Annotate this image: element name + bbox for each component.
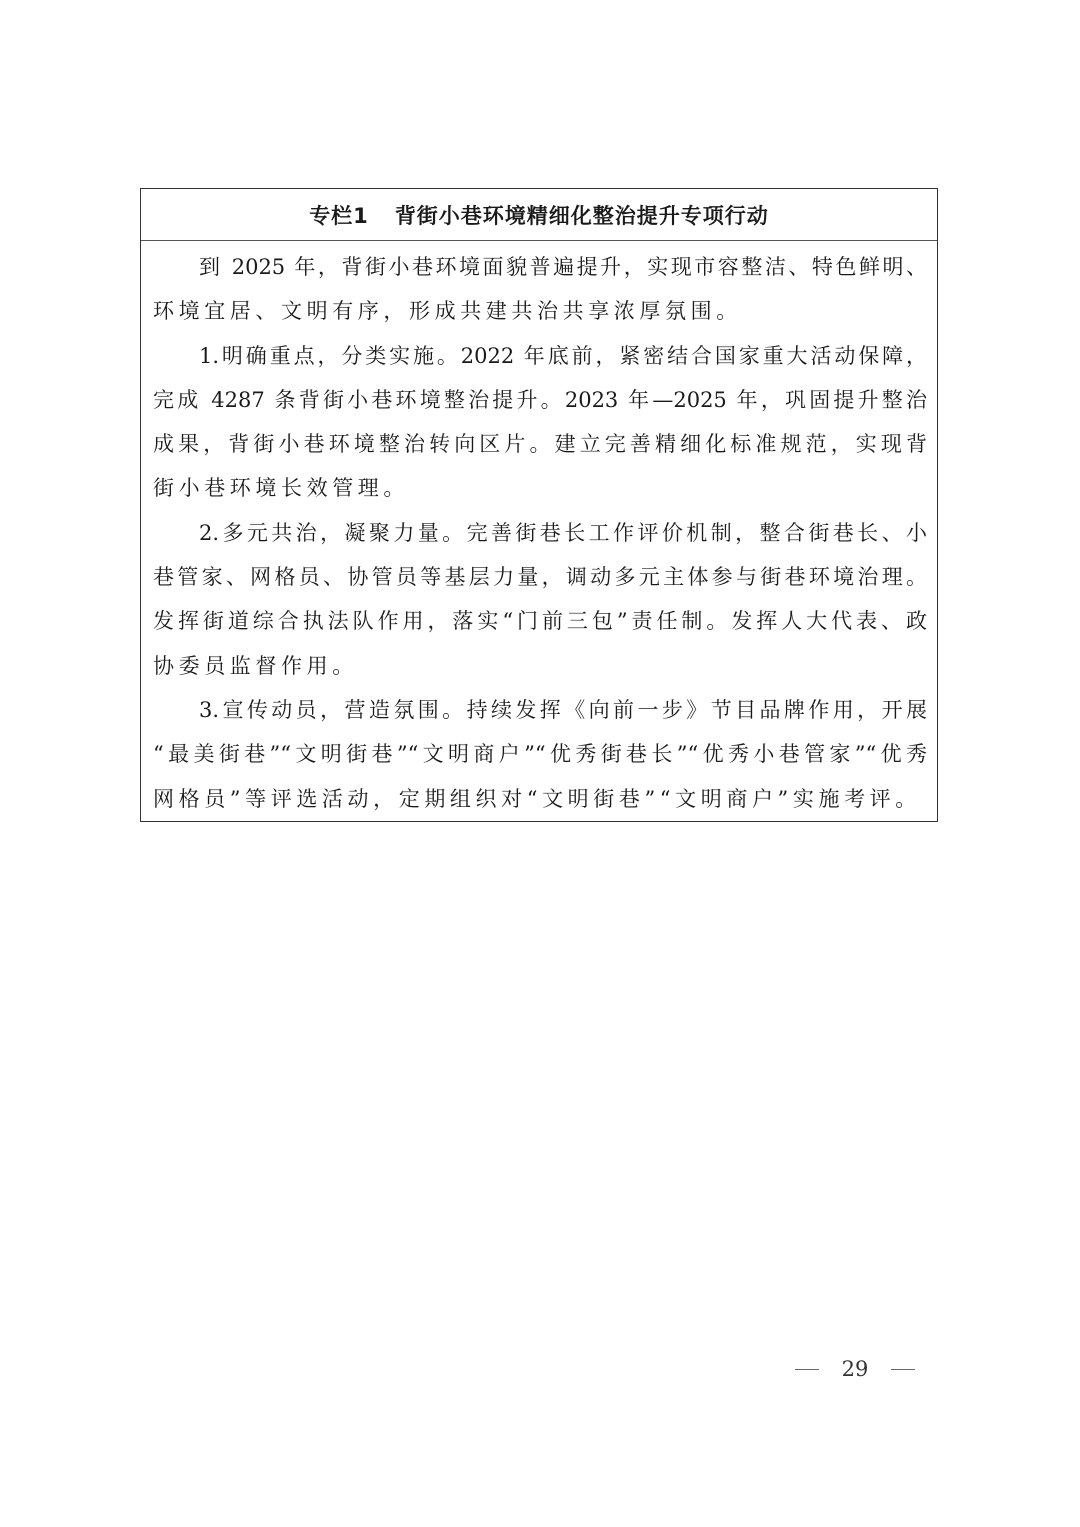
paragraph-item-2: 2.多元共治，凝聚力量。完善街巷长工作评价机制，整合街巷长、小 巷管家、网格员、…: [153, 511, 927, 688]
column-label: 专栏1: [309, 200, 369, 230]
text-line: 街小巷环境长效管理。: [153, 466, 927, 510]
text-line: 完成 4287 条背街小巷环境整治提升。2023 年—2025 年，巩固提升整治: [153, 378, 927, 422]
text-line: “最美街巷”“文明街巷”“文明商户”“优秀街巷长”“优秀小巷管家”“优秀: [153, 732, 927, 776]
text-line: 2.多元共治，凝聚力量。完善街巷长工作评价机制，整合街巷长、小: [153, 511, 927, 555]
text-line: 环境宜居、文明有序，形成共建共治共享浓厚氛围。: [153, 289, 927, 333]
paragraph-item-3: 3.宣传动员，营造氛围。持续发挥《向前一步》节目品牌作用，开展 “最美街巷”“文…: [153, 688, 927, 821]
text-line: 1.明确重点，分类实施。2022 年底前，紧密结合国家重大活动保障，: [153, 334, 927, 378]
column-title: 背街小巷环境精细化整治提升专项行动: [395, 200, 769, 230]
dash-left: [795, 1369, 819, 1370]
text-line: 成果，背街小巷环境整治转向区片。建立完善精细化标准规范，实现背: [153, 422, 927, 466]
text-line: 协委员监督作用。: [153, 644, 927, 688]
column-body: 到 2025 年，背街小巷环境面貌普遍提升，实现市容整洁、特色鲜明、 环境宜居、…: [141, 241, 937, 821]
page-footer: 29: [795, 1357, 915, 1381]
column-header: 专栏1 背街小巷环境精细化整治提升专项行动: [141, 189, 937, 241]
text-line: 巷管家、网格员、协管员等基层力量，调动多元主体参与街巷环境治理。: [153, 555, 927, 599]
text-line: 3.宣传动员，营造氛围。持续发挥《向前一步》节目品牌作用，开展: [153, 688, 927, 732]
dash-right: [891, 1369, 915, 1370]
text-line: 发挥街道综合执法队作用，落实“门前三包”责任制。发挥人大代表、政: [153, 599, 927, 643]
page-number: 29: [842, 1357, 869, 1381]
column-box: 专栏1 背街小巷环境精细化整治提升专项行动 到 2025 年，背街小巷环境面貌普…: [140, 188, 938, 822]
text-line: 网格员”等评选活动，定期组织对“文明街巷”“文明商户”实施考评。: [153, 777, 927, 821]
paragraph-item-1: 1.明确重点，分类实施。2022 年底前，紧密结合国家重大活动保障， 完成 42…: [153, 334, 927, 511]
text-line: 到 2025 年，背街小巷环境面貌普遍提升，实现市容整洁、特色鲜明、: [153, 245, 927, 289]
paragraph-intro: 到 2025 年，背街小巷环境面貌普遍提升，实现市容整洁、特色鲜明、 环境宜居、…: [153, 245, 927, 334]
